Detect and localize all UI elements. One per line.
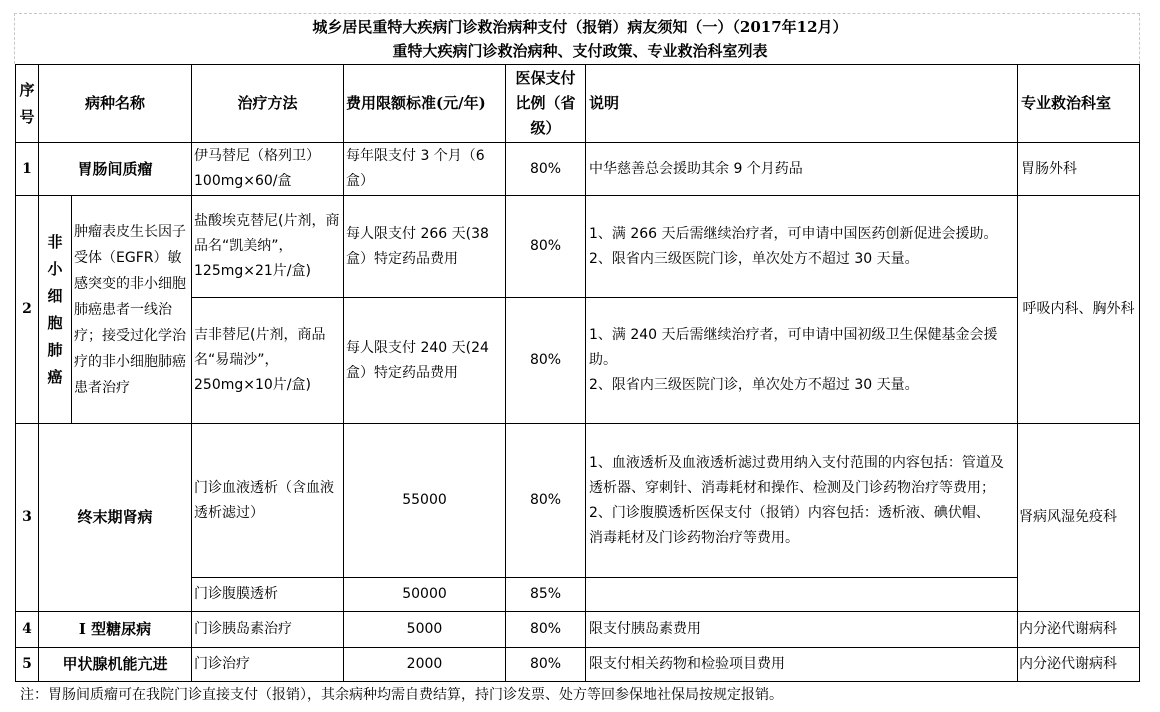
row-ratio: 80%: [506, 424, 586, 578]
row-cost-limit: 50000: [344, 578, 506, 612]
row-ratio: 80%: [506, 648, 586, 682]
table-row: 3 终末期肾病 门诊血液透析（含血液透析滤过） 55000 80% 1、血液透析…: [16, 424, 1140, 578]
row-treatment: 伊马替尼（格列卫）100mg×60/盒: [192, 143, 344, 196]
row-cost-limit: 55000: [344, 424, 506, 578]
table-row: 1 胃肠间质瘤 伊马替尼（格列卫）100mg×60/盒 每年限支付 3 个月（6…: [16, 143, 1140, 196]
row-treatment: 盐酸埃克替尼(片剂，商品名“凯美纳”，125mg×21片/盒): [192, 196, 344, 298]
row-cost-limit: 5000: [344, 612, 506, 648]
header-treatment: 治疗方法: [192, 65, 344, 143]
row-ratio: 80%: [506, 298, 586, 424]
row-treatment: 门诊腹膜透析: [192, 578, 344, 612]
row-seq: 3: [16, 424, 39, 612]
row-department: 胃肠外科: [1018, 143, 1140, 196]
row-treatment: 门诊治疗: [192, 648, 344, 682]
row-notes: 1、满 240 天后需继续治疗者，可申请中国初级卫生保健基金会援助。 2、限省内…: [586, 298, 1018, 424]
row-disease: 终末期肾病: [39, 424, 192, 612]
document-title: 城乡居民重特大疾病门诊救治病种支付（报销）病友须知（一）（2017年12月）: [0, 16, 1160, 37]
row-disease: 甲状腺机能亢进: [39, 648, 192, 682]
row-ratio: 80%: [506, 612, 586, 648]
row-seq: 5: [16, 648, 39, 682]
header-notes: 说明: [586, 65, 1018, 143]
row-department: 呼吸内科、胸外科: [1018, 196, 1140, 424]
header-ratio: 医保支付比例（省级）: [506, 65, 586, 143]
row-cost-limit: 每人限支付 266 天(38盒）特定药品费用: [344, 196, 506, 298]
row-disease: 胃肠间质瘤: [39, 143, 192, 196]
row-department: 内分泌代谢病科: [1018, 648, 1140, 682]
table-row: 5 甲状腺机能亢进 门诊治疗 2000 80% 限支付相关药物和检验项目费用 内…: [16, 648, 1140, 682]
row-ratio: 80%: [506, 196, 586, 298]
row-seq: 2: [16, 196, 39, 424]
row-disease: I 型糖尿病: [39, 612, 192, 648]
row-department: 肾病风湿免疫科: [1018, 424, 1140, 612]
row-seq: 4: [16, 612, 39, 648]
row-cost-limit: 每年限支付 3 个月（6盒）: [344, 143, 506, 196]
row-notes: [586, 578, 1018, 612]
row-treatment: 门诊胰岛素治疗: [192, 612, 344, 648]
document-subtitle: 重特大疾病门诊救治病种、支付政策、专业救治科室列表: [0, 40, 1160, 61]
header-disease: 病种名称: [39, 65, 192, 143]
row-treatment: 门诊血液透析（含血液透析滤过）: [192, 424, 344, 578]
row-ratio: 85%: [506, 578, 586, 612]
row-cost-limit: 每人限支付 240 天(24盒）特定药品费用: [344, 298, 506, 424]
row-notes: 1、满 266 天后需继续治疗者，可申请中国医药创新促进会援助。 2、限省内三级…: [586, 196, 1018, 298]
row-disease: 非小细胞肺癌: [39, 196, 72, 424]
row-notes: 限支付相关药物和检验项目费用: [586, 648, 1018, 682]
row-indication: 肿瘤表皮生长因子受体（EGFR）敏感突变的非小细胞肺癌患者一线治疗；接受过化学治…: [72, 196, 192, 424]
disease-policy-table: 序号 病种名称 治疗方法 费用限额标准(元/年) 医保支付比例（省级） 说明 专…: [15, 64, 1140, 682]
row-seq: 1: [16, 143, 39, 196]
table-row: 2 非小细胞肺癌 肿瘤表皮生长因子受体（EGFR）敏感突变的非小细胞肺癌患者一线…: [16, 196, 1140, 298]
table-header-row: 序号 病种名称 治疗方法 费用限额标准(元/年) 医保支付比例（省级） 说明 专…: [16, 65, 1140, 143]
row-notes: 1、血液透析及血液透析滤过费用纳入支付范围的内容包括：管道及透析器、穿刺针、消毒…: [586, 424, 1018, 578]
header-department: 专业救治科室: [1018, 65, 1140, 143]
header-seq: 序号: [16, 65, 39, 143]
row-cost-limit: 2000: [344, 648, 506, 682]
row-notes: 限支付胰岛素费用: [586, 612, 1018, 648]
row-ratio: 80%: [506, 143, 586, 196]
header-cost-limit: 费用限额标准(元/年): [344, 65, 506, 143]
row-treatment: 吉非替尼(片剂，商品名“易瑞沙”，250mg×10片/盒): [192, 298, 344, 424]
footnote: 注：胃肠间质瘤可在我院门诊直接支付（报销），其余病种均需自费结算，持门诊发票、处…: [20, 684, 783, 704]
row-notes: 中华慈善总会援助其余 9 个月药品: [586, 143, 1018, 196]
table-row: 4 I 型糖尿病 门诊胰岛素治疗 5000 80% 限支付胰岛素费用 内分泌代谢…: [16, 612, 1140, 648]
row-department: 内分泌代谢病科: [1018, 612, 1140, 648]
